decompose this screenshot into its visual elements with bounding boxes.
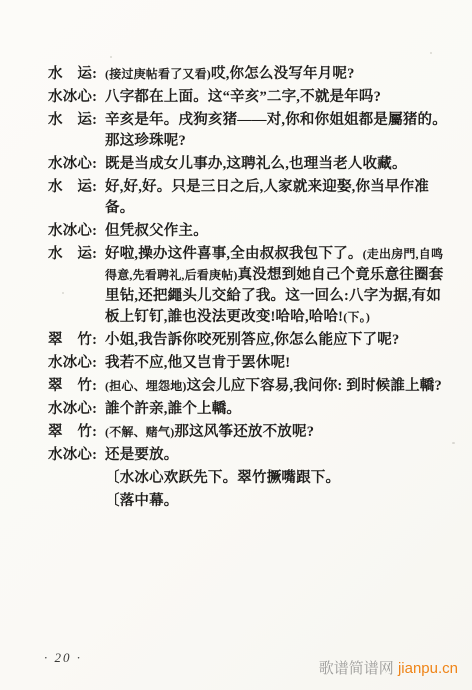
spoken-text: 还是要放。 bbox=[105, 447, 179, 463]
spoken-text: 誰个許亲,誰个上轎。 bbox=[105, 401, 241, 417]
dialogue-line: 水 运:好,好,好。只是三日之后,人家就来迎娶,你当早作准备。 bbox=[48, 177, 454, 219]
dialogue-text: 既是当成女儿事办,这聘礼么,也理当老人收藏。 bbox=[105, 156, 407, 172]
spoken-text: 我若不应,他又岂肯于罢休呢! bbox=[105, 355, 290, 371]
page-number: · 20 · bbox=[44, 650, 82, 666]
spoken-text: 那这风筝还放不放呢? bbox=[174, 424, 314, 440]
stage-note-inline: (下。) bbox=[343, 310, 370, 324]
spoken-text: 〔水冰心欢跃先下。翠竹撅嘴跟下。 bbox=[105, 470, 340, 486]
watermark: 歌谱简谱网 jianpu.cn bbox=[319, 657, 458, 678]
stage-direction: 〔水冰心欢跃先下。翠竹撅嘴跟下。 bbox=[48, 468, 454, 489]
spoken-text: 〔落中幕。 bbox=[105, 493, 179, 509]
dialogue-line: 水冰心:既是当成女儿事办,这聘礼么,也理当老人收藏。 bbox=[48, 154, 454, 175]
dialogue-text: 还是要放。 bbox=[105, 447, 179, 463]
speaker-name: 水冰心: bbox=[48, 87, 97, 108]
speaker-name: 水冰心: bbox=[48, 353, 97, 374]
scan-speck bbox=[110, 56, 112, 58]
dialogue-text: 誰个許亲,誰个上轎。 bbox=[105, 401, 241, 417]
dialogue-text: 好,好,好。只是三日之后,人家就来迎娶,你当早作准备。 bbox=[105, 179, 429, 216]
dialogue-text: (不解、赌气)那这风筝还放不放呢? bbox=[105, 424, 314, 440]
dialogue-line: 翠 竹:小姐,我告訴你咬死别答应,你怎么能应下了呢? bbox=[48, 330, 454, 351]
dialogue-text: 小姐,我告訴你咬死别答应,你怎么能应下了呢? bbox=[105, 332, 399, 348]
spoken-text: 好,好,好。只是三日之后,人家就来迎娶,你当早作准备。 bbox=[105, 179, 429, 216]
dialogue-line: 水冰心:还是要放。 bbox=[48, 445, 454, 466]
dialogue-line: 水冰心:但凭叔父作主。 bbox=[48, 221, 454, 242]
speaker-name: 翠 竹: bbox=[48, 422, 97, 443]
dialogue-text: 辛亥是年。戌狗亥猪——对,你和你姐姐都是屬猪的。那这珍珠呢? bbox=[105, 112, 447, 149]
stage-note-inline: (担心、埋怨地) bbox=[105, 379, 187, 393]
speaker-name: 水 运: bbox=[48, 110, 97, 131]
dialogue-line: 水 运:好啦,操办这件喜事,全由叔叔我包下了。(走出房門,自鸣得意,先看聘礼,后… bbox=[48, 244, 454, 328]
spoken-text: 辛亥是年。戌狗亥猪——对,你和你姐姐都是屬猪的。那这珍珠呢? bbox=[105, 112, 447, 149]
dialogue-text: 八字都在上面。这“辛亥”二字,不就是年吗? bbox=[105, 89, 381, 105]
dialogue-text: 我若不应,他又岂肯于罢休呢! bbox=[105, 355, 290, 371]
dialogue-text: (接过庚帖看了又看)哎,你怎么没写年月呢? bbox=[105, 66, 355, 82]
spoken-text: 八字都在上面。这“辛亥”二字,不就是年吗? bbox=[105, 89, 381, 105]
speaker-name: 水冰心: bbox=[48, 154, 97, 175]
spoken-text: 好啦,操办这件喜事,全由叔叔我包下了。 bbox=[105, 246, 363, 262]
speaker-name: 翠 竹: bbox=[48, 376, 97, 397]
watermark-domain: jianpu.cn bbox=[398, 660, 458, 677]
dialogue-line: 水冰心:我若不应,他又岂肯于罢休呢! bbox=[48, 353, 454, 374]
dialogue-line: 水 运:辛亥是年。戌狗亥猪——对,你和你姐姐都是屬猪的。那这珍珠呢? bbox=[48, 110, 454, 152]
dialogue-line: 水冰心:八字都在上面。这“辛亥”二字,不就是年吗? bbox=[48, 87, 454, 108]
speaker-name: 翠 竹: bbox=[48, 330, 97, 351]
spoken-text: 但凭叔父作主。 bbox=[105, 223, 208, 239]
speaker-name: 水冰心: bbox=[48, 445, 97, 466]
dialogue-text: 但凭叔父作主。 bbox=[105, 223, 208, 239]
stage-note-inline: (接过庚帖看了又看) bbox=[105, 67, 211, 81]
speaker-name: 水 运: bbox=[48, 244, 97, 265]
dialogue-line: 水冰心:誰个許亲,誰个上轎。 bbox=[48, 399, 454, 420]
dialogue-list: 水 运:(接过庚帖看了又看)哎,你怎么没写年月呢?水冰心:八字都在上面。这“辛亥… bbox=[48, 64, 454, 514]
speaker-name: 水 运: bbox=[48, 64, 97, 85]
stage-note-inline: (不解、赌气) bbox=[105, 425, 174, 439]
speaker-name: 水 运: bbox=[48, 177, 97, 198]
dialogue-text: 好啦,操办这件喜事,全由叔叔我包下了。(走出房門,自鸣得意,先看聘礼,后看庚帖)… bbox=[105, 246, 443, 325]
scan-speck bbox=[430, 52, 432, 54]
scanned-script-page: 水 运:(接过庚帖看了又看)哎,你怎么没写年月呢?水冰心:八字都在上面。这“辛亥… bbox=[0, 0, 472, 690]
watermark-site: 歌谱简谱网 bbox=[319, 660, 398, 677]
spoken-text: 既是当成女儿事办,这聘礼么,也理当老人收藏。 bbox=[105, 156, 407, 172]
speaker-name: 水冰心: bbox=[48, 221, 97, 242]
spoken-text: 小姐,我告訴你咬死别答应,你怎么能应下了呢? bbox=[105, 332, 399, 348]
spoken-text: 哎,你怎么没写年月呢? bbox=[211, 66, 355, 82]
dialogue-line: 翠 竹:(不解、赌气)那这风筝还放不放呢? bbox=[48, 422, 454, 443]
spoken-text: 这会儿应下容易,我问你: 到时候誰上轎? bbox=[187, 378, 442, 394]
stage-direction: 〔落中幕。 bbox=[48, 491, 454, 512]
dialogue-text: (担心、埋怨地)这会儿应下容易,我问你: 到时候誰上轎? bbox=[105, 378, 442, 394]
speaker-name: 水冰心: bbox=[48, 399, 97, 420]
dialogue-line: 翠 竹:(担心、埋怨地)这会儿应下容易,我问你: 到时候誰上轎? bbox=[48, 376, 454, 397]
dialogue-line: 水 运:(接过庚帖看了又看)哎,你怎么没写年月呢? bbox=[48, 64, 454, 85]
stage-text: 〔落中幕。 bbox=[105, 493, 179, 509]
stage-text: 〔水冰心欢跃先下。翠竹撅嘴跟下。 bbox=[105, 470, 340, 486]
